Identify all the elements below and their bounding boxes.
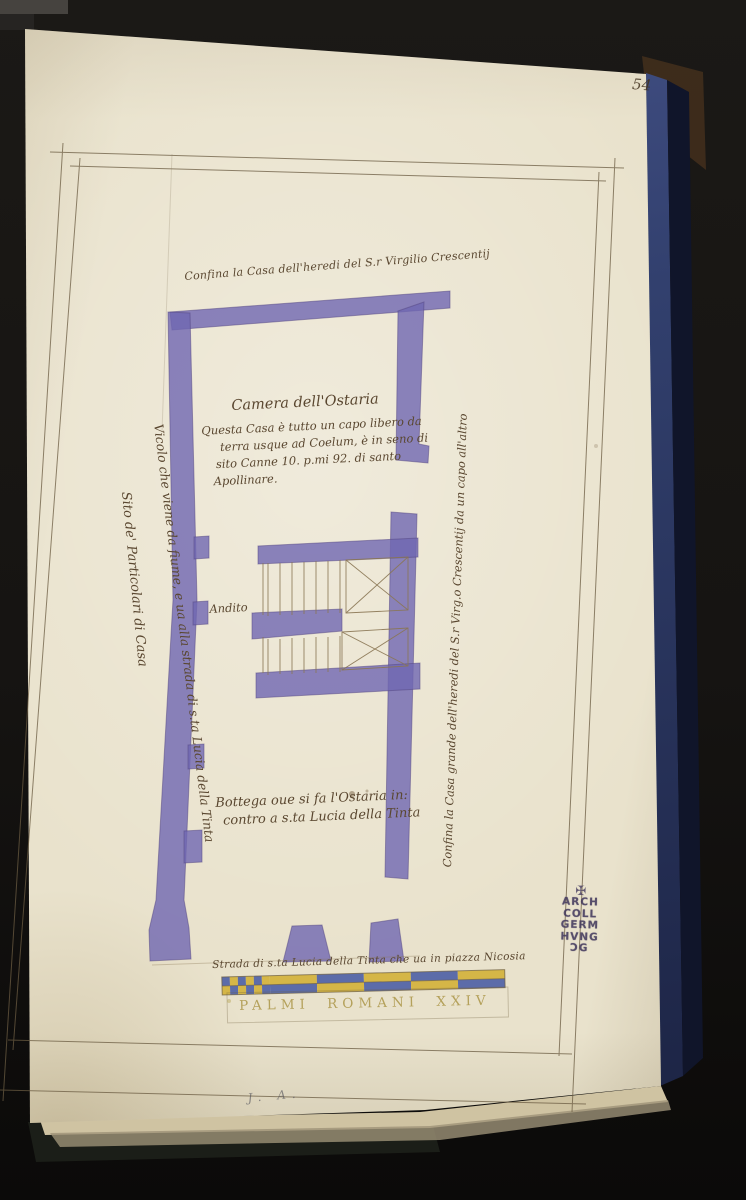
floor-plan-walls <box>149 291 450 962</box>
note-paragraph: Questa Casa è tutto un capo libero da te… <box>197 413 430 491</box>
stair-wall-middle <box>252 609 342 639</box>
plan-drawing <box>0 0 746 1200</box>
stamp-line: ƆG <box>550 942 608 955</box>
wall-pier <box>193 601 208 625</box>
manuscript-photo: Confina la Casa dell'heredi del S.r Virg… <box>0 0 746 1200</box>
library-stamp: ✠ ARCH COLL GERM HVNG ƆG <box>550 885 610 955</box>
folio-number: 54 <box>631 74 652 96</box>
label-corridor-andito: Andito <box>209 600 248 617</box>
wall-right-lower <box>385 512 417 879</box>
wall-pier <box>194 536 209 559</box>
scale-bar <box>222 970 505 995</box>
